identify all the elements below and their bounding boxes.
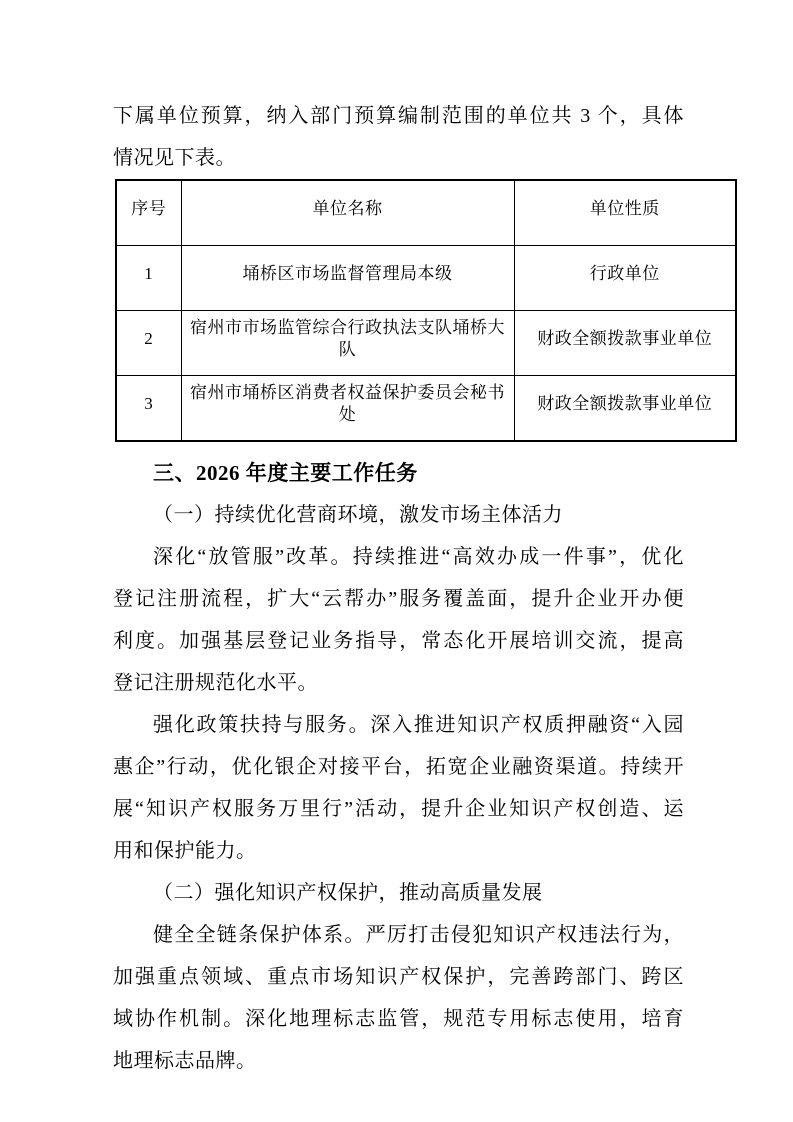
- cell-unit-name-1: 埇桥区市场监督管理局本级: [181, 246, 514, 311]
- intro-line-2: 情况见下表。: [113, 137, 684, 179]
- unit-table: 序号 单位名称 单位性质 1 埇桥区市场监督管理局本级 行政单位 2 宿州市市场…: [115, 179, 737, 442]
- column-header-unit-name: 单位名称: [181, 180, 514, 246]
- column-header-seq: 序号: [116, 180, 181, 246]
- table-row: 2 宿州市市场监管综合行政执法支队埇桥大队 财政全额拨款事业单位: [116, 311, 736, 376]
- section-heading-tasks-2026: 三、2026 年度主要工作任务: [113, 452, 684, 494]
- para1-line-1: 深化“放管服”改革。持续推进“高效办成一件事”，优化: [113, 536, 684, 578]
- table-row: 3 宿州市埇桥区消费者权益保护委员会秘书处 财政全额拨款事业单位: [116, 376, 736, 442]
- subsection-2-title: （二）强化知识产权保护，推动高质量发展: [113, 872, 684, 914]
- cell-unit-type-1: 行政单位: [514, 246, 736, 311]
- cell-unit-name-3: 宿州市埇桥区消费者权益保护委员会秘书处: [181, 376, 514, 442]
- para3-line-4: 地理标志品牌。: [113, 1040, 684, 1082]
- document-page: 下属单位预算，纳入部门预算编制范围的单位共 3 个，具体 情况见下表。 序号 单…: [0, 0, 793, 1122]
- cell-seq-2: 2: [116, 311, 181, 376]
- unit-table-header-row: 序号 单位名称 单位性质: [116, 180, 736, 246]
- para1-line-2: 登记注册流程，扩大“云帮办”服务覆盖面，提升企业开办便: [113, 578, 684, 620]
- para2-line-3: 展“知识产权服务万里行”活动，提升企业知识产权创造、运: [113, 788, 684, 830]
- subsection-1-title: （一）持续优化营商环境，激发市场主体活力: [113, 494, 684, 536]
- para3-line-3: 域协作机制。深化地理标志监管，规范专用标志使用，培育: [113, 998, 684, 1040]
- cell-seq-3: 3: [116, 376, 181, 442]
- para1-line-3: 利度。加强基层登记业务指导，常态化开展培训交流，提高: [113, 620, 684, 662]
- document-content: 下属单位预算，纳入部门预算编制范围的单位共 3 个，具体 情况见下表。 序号 单…: [113, 95, 684, 1082]
- intro-line-1: 下属单位预算，纳入部门预算编制范围的单位共 3 个，具体: [113, 95, 684, 137]
- cell-unit-type-2: 财政全额拨款事业单位: [514, 311, 736, 376]
- cell-unit-name-2: 宿州市市场监管综合行政执法支队埇桥大队: [181, 311, 514, 376]
- para3-line-2: 加强重点领域、重点市场知识产权保护，完善跨部门、跨区: [113, 956, 684, 998]
- column-header-unit-type: 单位性质: [514, 180, 736, 246]
- para2-line-4: 用和保护能力。: [113, 830, 684, 872]
- para1-line-4: 登记注册规范化水平。: [113, 662, 684, 704]
- para2-line-2: 惠企”行动，优化银企对接平台，拓宽企业融资渠道。持续开: [113, 746, 684, 788]
- cell-seq-1: 1: [116, 246, 181, 311]
- table-row: 1 埇桥区市场监督管理局本级 行政单位: [116, 246, 736, 311]
- para2-line-1: 强化政策扶持与服务。深入推进知识产权质押融资“入园: [113, 704, 684, 746]
- para3-line-1: 健全全链条保护体系。严厉打击侵犯知识产权违法行为，: [113, 914, 684, 956]
- cell-unit-type-3: 财政全额拨款事业单位: [514, 376, 736, 442]
